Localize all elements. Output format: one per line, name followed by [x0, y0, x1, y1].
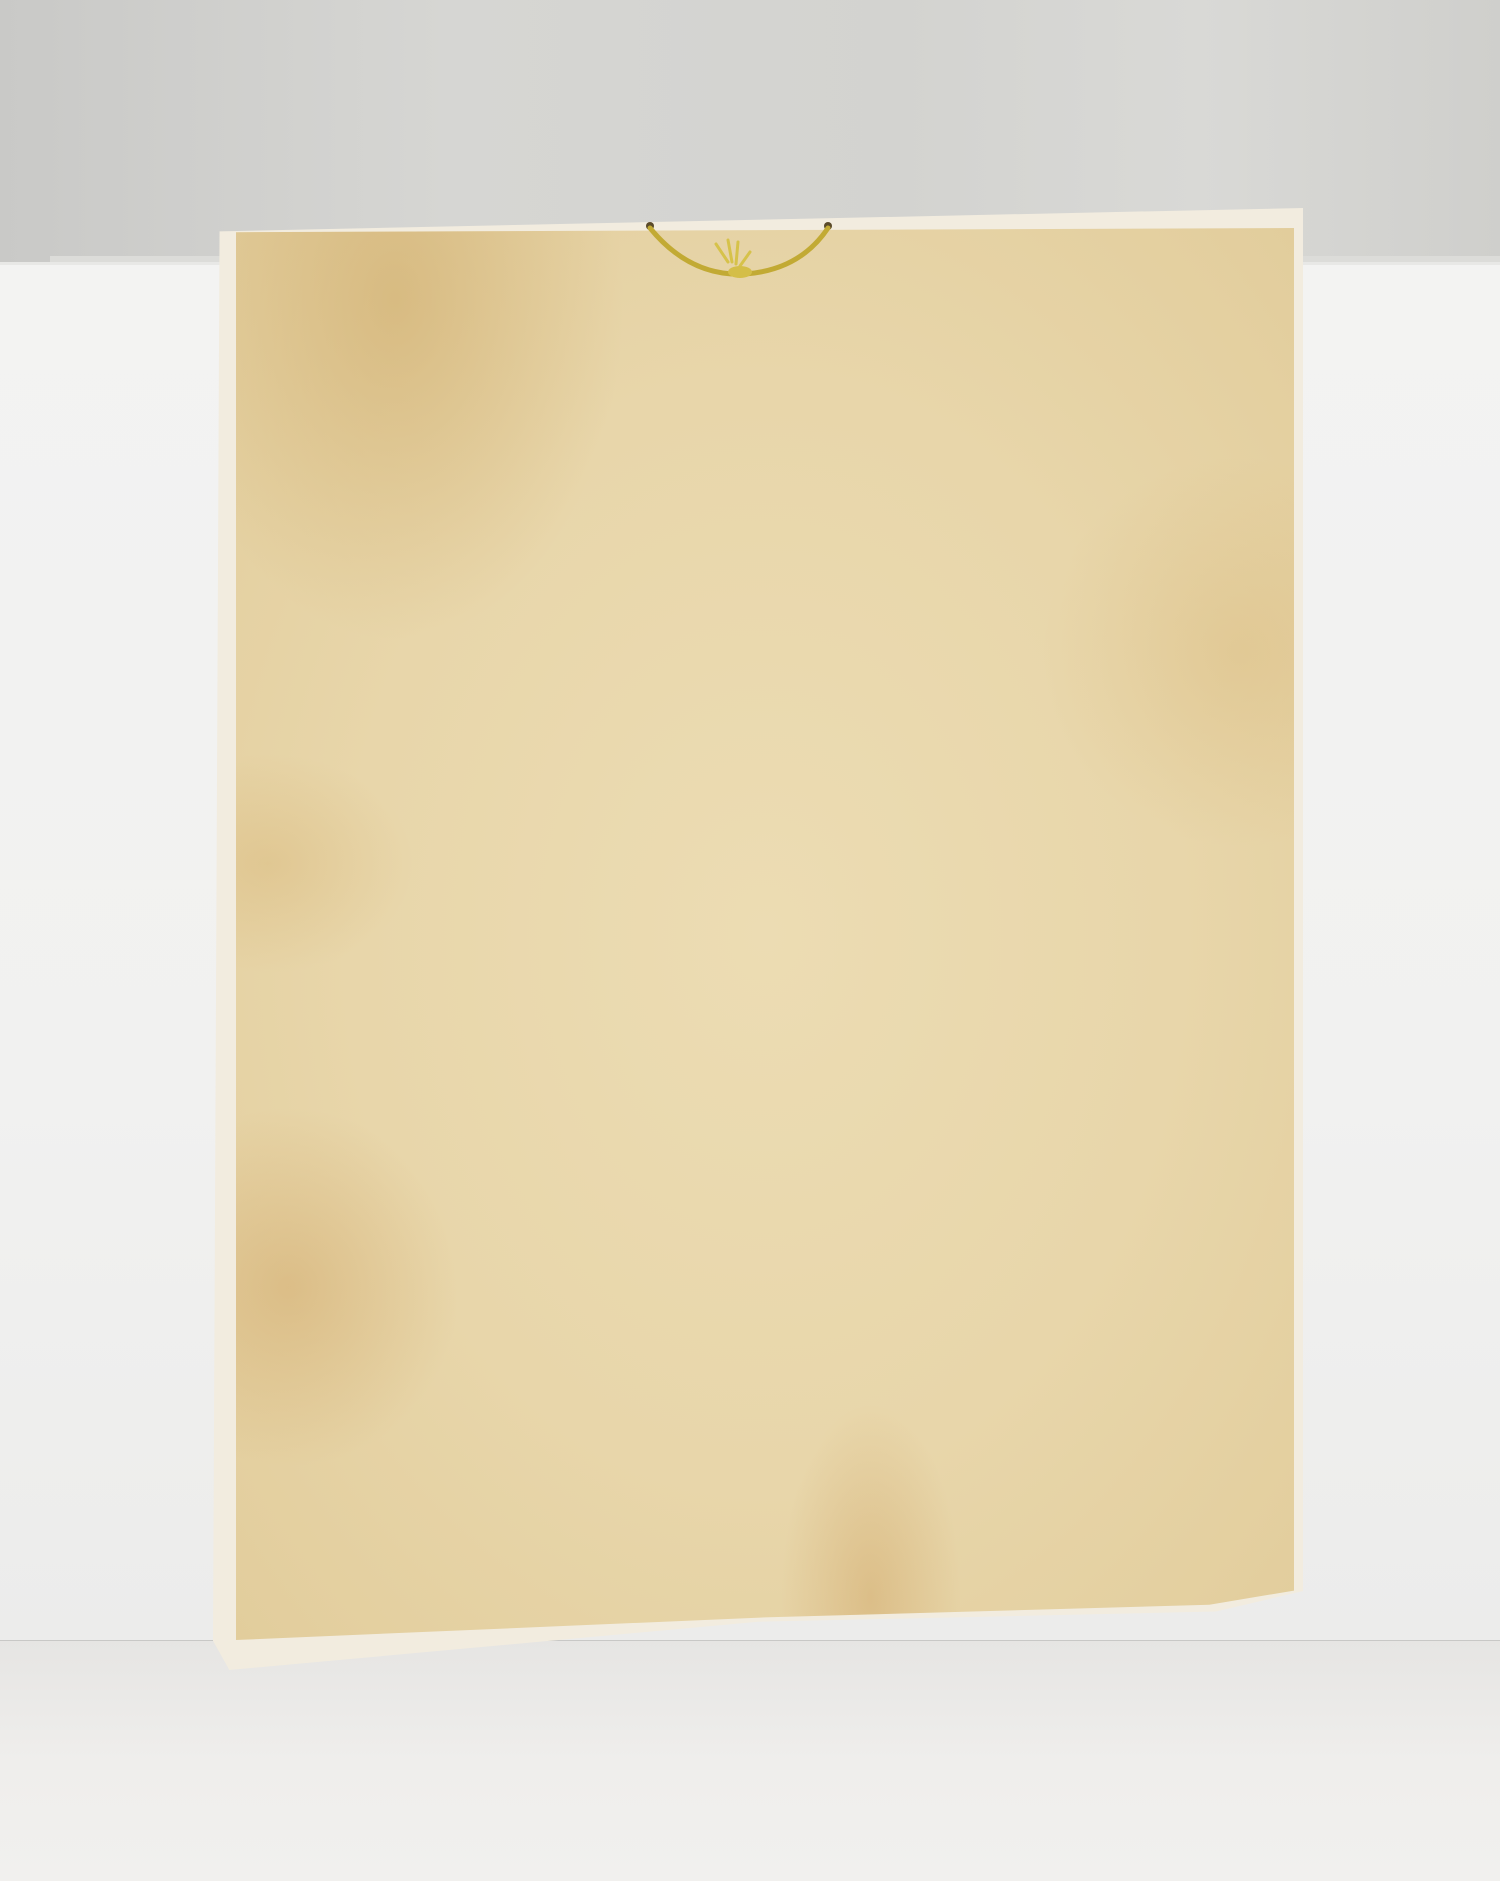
- floor-surface: [0, 1640, 1500, 1881]
- paper-backing: [236, 228, 1294, 1640]
- hanging-cord-icon: [640, 222, 840, 282]
